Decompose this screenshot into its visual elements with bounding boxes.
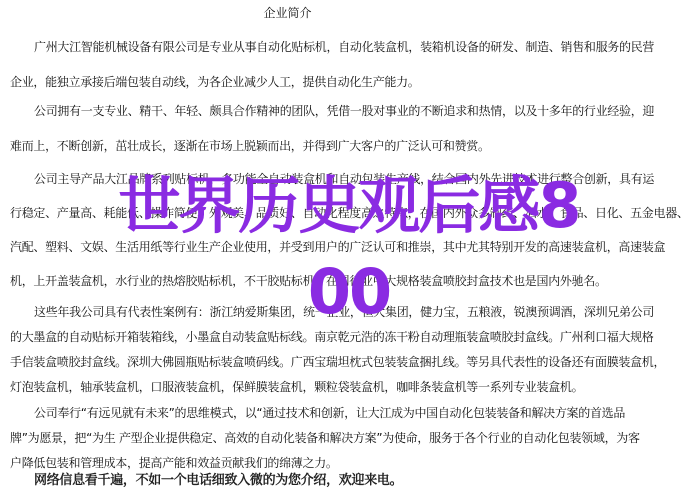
contact-line: 网络信息看千遍，不如一个电话细致入微的为您介绍，欢迎来电。 [10, 472, 690, 490]
paragraph-vision: 公司奉行“有远见就有未来”的思维模式，以“通过技术和创新，让大江成为中国自动化包… [10, 404, 690, 479]
paragraph-cases: 这些年我公司具有代表性案例有：浙江纳爱斯集团，统一企业，恒大集团，健力宝，五粮液… [10, 303, 690, 403]
paragraph-line: 公司拥有一支专业、精干、年轻、颇具合作精神的团队，凭借一股对事业的不断追求和热情… [10, 102, 690, 120]
paragraph-line: 手信装盒喷胶封盒线。深圳大佛圆瓶贴标装盒喷码线。广西宝瑞坦枕式包装装盒捆扎线。等… [10, 353, 690, 371]
company-intro-page: 企业简介 广州大江智能机械设备有限公司是专业从事自动化贴标机，自动化装盒机，装箱… [0, 0, 698, 499]
paragraph-team: 公司拥有一支专业、精干、年轻、颇具合作精神的团队，凭借一股对事业的不断追求和热情… [10, 102, 690, 172]
paragraph-line: 难而上，不断创新，茁壮成长，逐渐在市场上脱颖而出，并得到广大客户的广泛认可和赞赏… [10, 137, 690, 155]
paragraph-contact: 网络信息看千遍，不如一个电话细致入微的为您介绍，欢迎来电。 [10, 472, 690, 490]
document-title: 企业简介 [0, 4, 575, 22]
paragraph-line: 的大墨盒的自动贴标开箱装箱线，小墨盒自动装盒贴标线。南京乾元浩的冻干粉自动理瓶装… [10, 328, 690, 346]
paragraph-line: 汽配、塑料、文娱、生活用纸等行业生产企业使用，并受到用户的广泛认可和推崇，其中尤… [10, 238, 690, 256]
paragraph-line: 这些年我公司具有代表性案例有：浙江纳爱斯集团，统一企业，恒大集团，健力宝，五粮液… [10, 303, 690, 321]
paragraph-line: 公司主导产品大江品牌系列贴标机，多功能全自动装盒机和自动包装生产线，结合国内外先… [10, 170, 690, 188]
paragraph-line: 企业，能独立承接后端包装自动线，为各企业减少人工，提供自动化生产能力。 [10, 73, 690, 91]
paragraph-intro: 广州大江智能机械设备有限公司是专业从事自动化贴标机，自动化装盒机，装箱机设备的研… [10, 38, 690, 108]
paragraph-line: 灯泡装盒机，轴承装盒机，口服液装盒机，保鲜膜装盒机，颗粒袋装盒机，咖啡条装盒机等… [10, 378, 690, 396]
paragraph-line: 行稳定、产量高、耗能低、操作简便、外观美、品质好、自动化程度高之特点，在国内外众… [10, 204, 690, 222]
paragraph-line: 户降低包装和管理成本，提高产能和效益贡献我们的绵薄之力。 [10, 454, 690, 472]
paragraph-line: 机，上开盖装盒机，水行业的热熔胶贴标机，不干胶贴标机，在同行业中大规格装盒喷胶封… [10, 272, 690, 290]
paragraph-line: 公司奉行“有远见就有未来”的思维模式，以“通过技术和创新，让大江成为中国自动化包… [10, 404, 690, 422]
paragraph-line: 广州大江智能机械设备有限公司是专业从事自动化贴标机，自动化装盒机，装箱机设备的研… [10, 38, 690, 56]
paragraph-line: 牌”为愿景，把“为生 产型企业提供稳定、高效的自动化装备和解决方案”为使命，服务… [10, 429, 690, 447]
paragraph-products: 公司主导产品大江品牌系列贴标机，多功能全自动装盒机和自动包装生产线，结合国内外先… [10, 170, 690, 306]
